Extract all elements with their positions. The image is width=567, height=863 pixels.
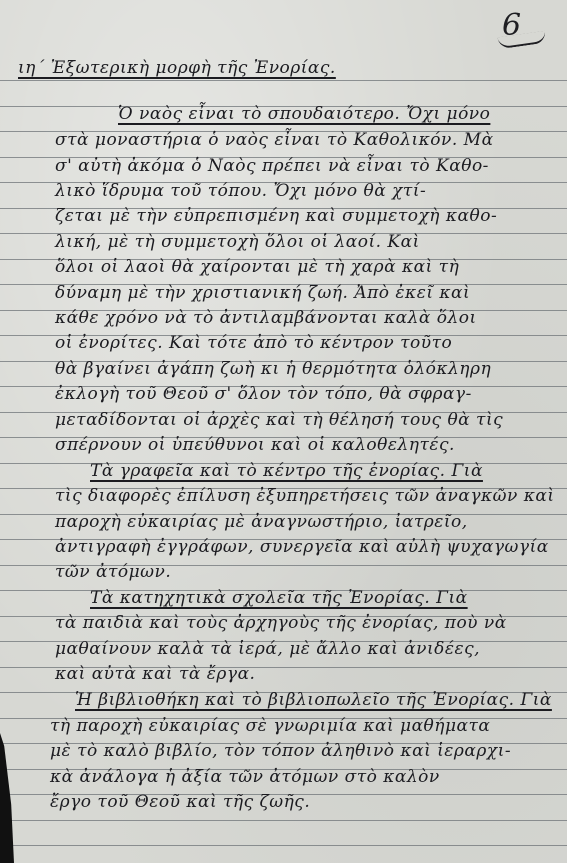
text-line: σ' αὐτὴ ἀκόμα ὁ Ναὸς πρέπει νὰ εἶναι τὸ … <box>55 156 489 176</box>
text-line: λική, μὲ τὴ συμμετοχὴ ὅλοι οἱ λαοί. Καὶ <box>55 232 420 252</box>
text-line: τὶς διαφορὲς ἐπίλυση ἐξυπηρετήσεις τῶν ἀ… <box>55 486 555 506</box>
ruled-line <box>0 845 567 846</box>
text-line: κὰ ἀνάλογα ἡ ἀξία τῶν ἀτόμων στὸ καλὸν <box>50 767 440 787</box>
section-heading: Ὁ ναὸς εἶναι τὸ σπουδαιότερο. Ὄχι μόνο <box>118 104 490 124</box>
text-line: παροχὴ εὐκαιρίας μὲ ἀναγνωστήριο, ἰατρεῖ… <box>55 512 468 532</box>
text-line: θὰ βγαίνει ἀγάπη ζωὴ κι ἡ θερμότητα ὁλόκ… <box>55 359 491 379</box>
text-line: σπέρνουν οἱ ὑπεύθυνοι καὶ οἱ καλοθελητές… <box>55 435 455 455</box>
text-line: τὴ παροχὴ εὐκαιρίας σὲ γνωριμία καὶ μαθή… <box>50 716 490 736</box>
text-line: μὲ τὸ καλὸ βιβλίο, τὸν τόπον ἀληθινὸ καὶ… <box>50 741 511 761</box>
text-line: λικὸ ἵδρυμα τοῦ τόπου. Ὄχι μόνο θὰ χτί- <box>55 181 426 201</box>
text-line: τῶν ἀτόμων. <box>55 562 171 582</box>
text-line: κάθε χρόνο νὰ τὸ ἀντιλαμβάνονται καλὰ ὅλ… <box>55 308 477 328</box>
text-line: μαθαίνουν καλὰ τὰ ἱερά, μὲ ἄλλο καὶ ἀνιδ… <box>55 639 480 659</box>
ruled-line <box>0 80 567 81</box>
section-heading: Τὰ γραφεῖα καὶ τὸ κέντρο τῆς ἐνορίας. Γι… <box>90 461 483 481</box>
text-line: ὅλοι οἱ λαοὶ θὰ χαίρονται μὲ τὴ χαρὰ καὶ… <box>55 257 459 277</box>
ruled-line <box>0 820 567 821</box>
text-line: ἔργο τοῦ Θεοῦ καὶ τῆς ζωῆς. <box>50 792 310 812</box>
text-line: στὰ μοναστήρια ὁ ναὸς εἶναι τὸ Καθολικόν… <box>55 130 494 150</box>
text-line: ἐκλογὴ τοῦ Θεοῦ σ' ὅλον τὸν τόπο, θὰ σφρ… <box>55 384 472 404</box>
text-line: ἀντιγραφὴ ἐγγράφων, συνεργεῖα καὶ αὐλὴ ψ… <box>55 537 549 557</box>
section-heading: Τὰ κατηχητικὰ σχολεῖα τῆς Ἐνορίας. Γιὰ <box>90 588 468 608</box>
text-line: ζεται μὲ τὴν εὐπρεπισμένη καὶ συμμετοχὴ … <box>55 206 497 226</box>
section-heading: ιη΄ Ἐξωτερικὴ μορφὴ τῆς Ἐνορίας. <box>18 58 336 78</box>
text-line: μεταδίδονται οἱ ἀρχὲς καὶ τὴ θέλησή τους… <box>55 410 503 430</box>
manuscript-page: 6 ιη΄ Ἐξωτερικὴ μορφὴ τῆς Ἐνορίας.Ὁ ναὸς… <box>0 0 567 863</box>
text-line: δύναμη μὲ τὴν χριστιανική ζωή. Ἀπὸ ἐκεῖ … <box>55 283 470 303</box>
text-line: οἱ ἐνορίτες. Καὶ τότε ἀπὸ τὸ κέντρον τοῦ… <box>55 333 452 353</box>
section-heading: Ἡ βιβλιοθήκη καὶ τὸ βιβλιοπωλεῖο τῆς Ἐνο… <box>75 690 552 710</box>
torn-corner-shadow <box>0 733 14 863</box>
text-line: τὰ παιδιὰ καὶ τοὺς ἀρχηγοὺς τῆς ἐνορίας,… <box>55 613 507 633</box>
text-line: καὶ αὐτὰ καὶ τὰ ἔργα. <box>55 664 255 684</box>
